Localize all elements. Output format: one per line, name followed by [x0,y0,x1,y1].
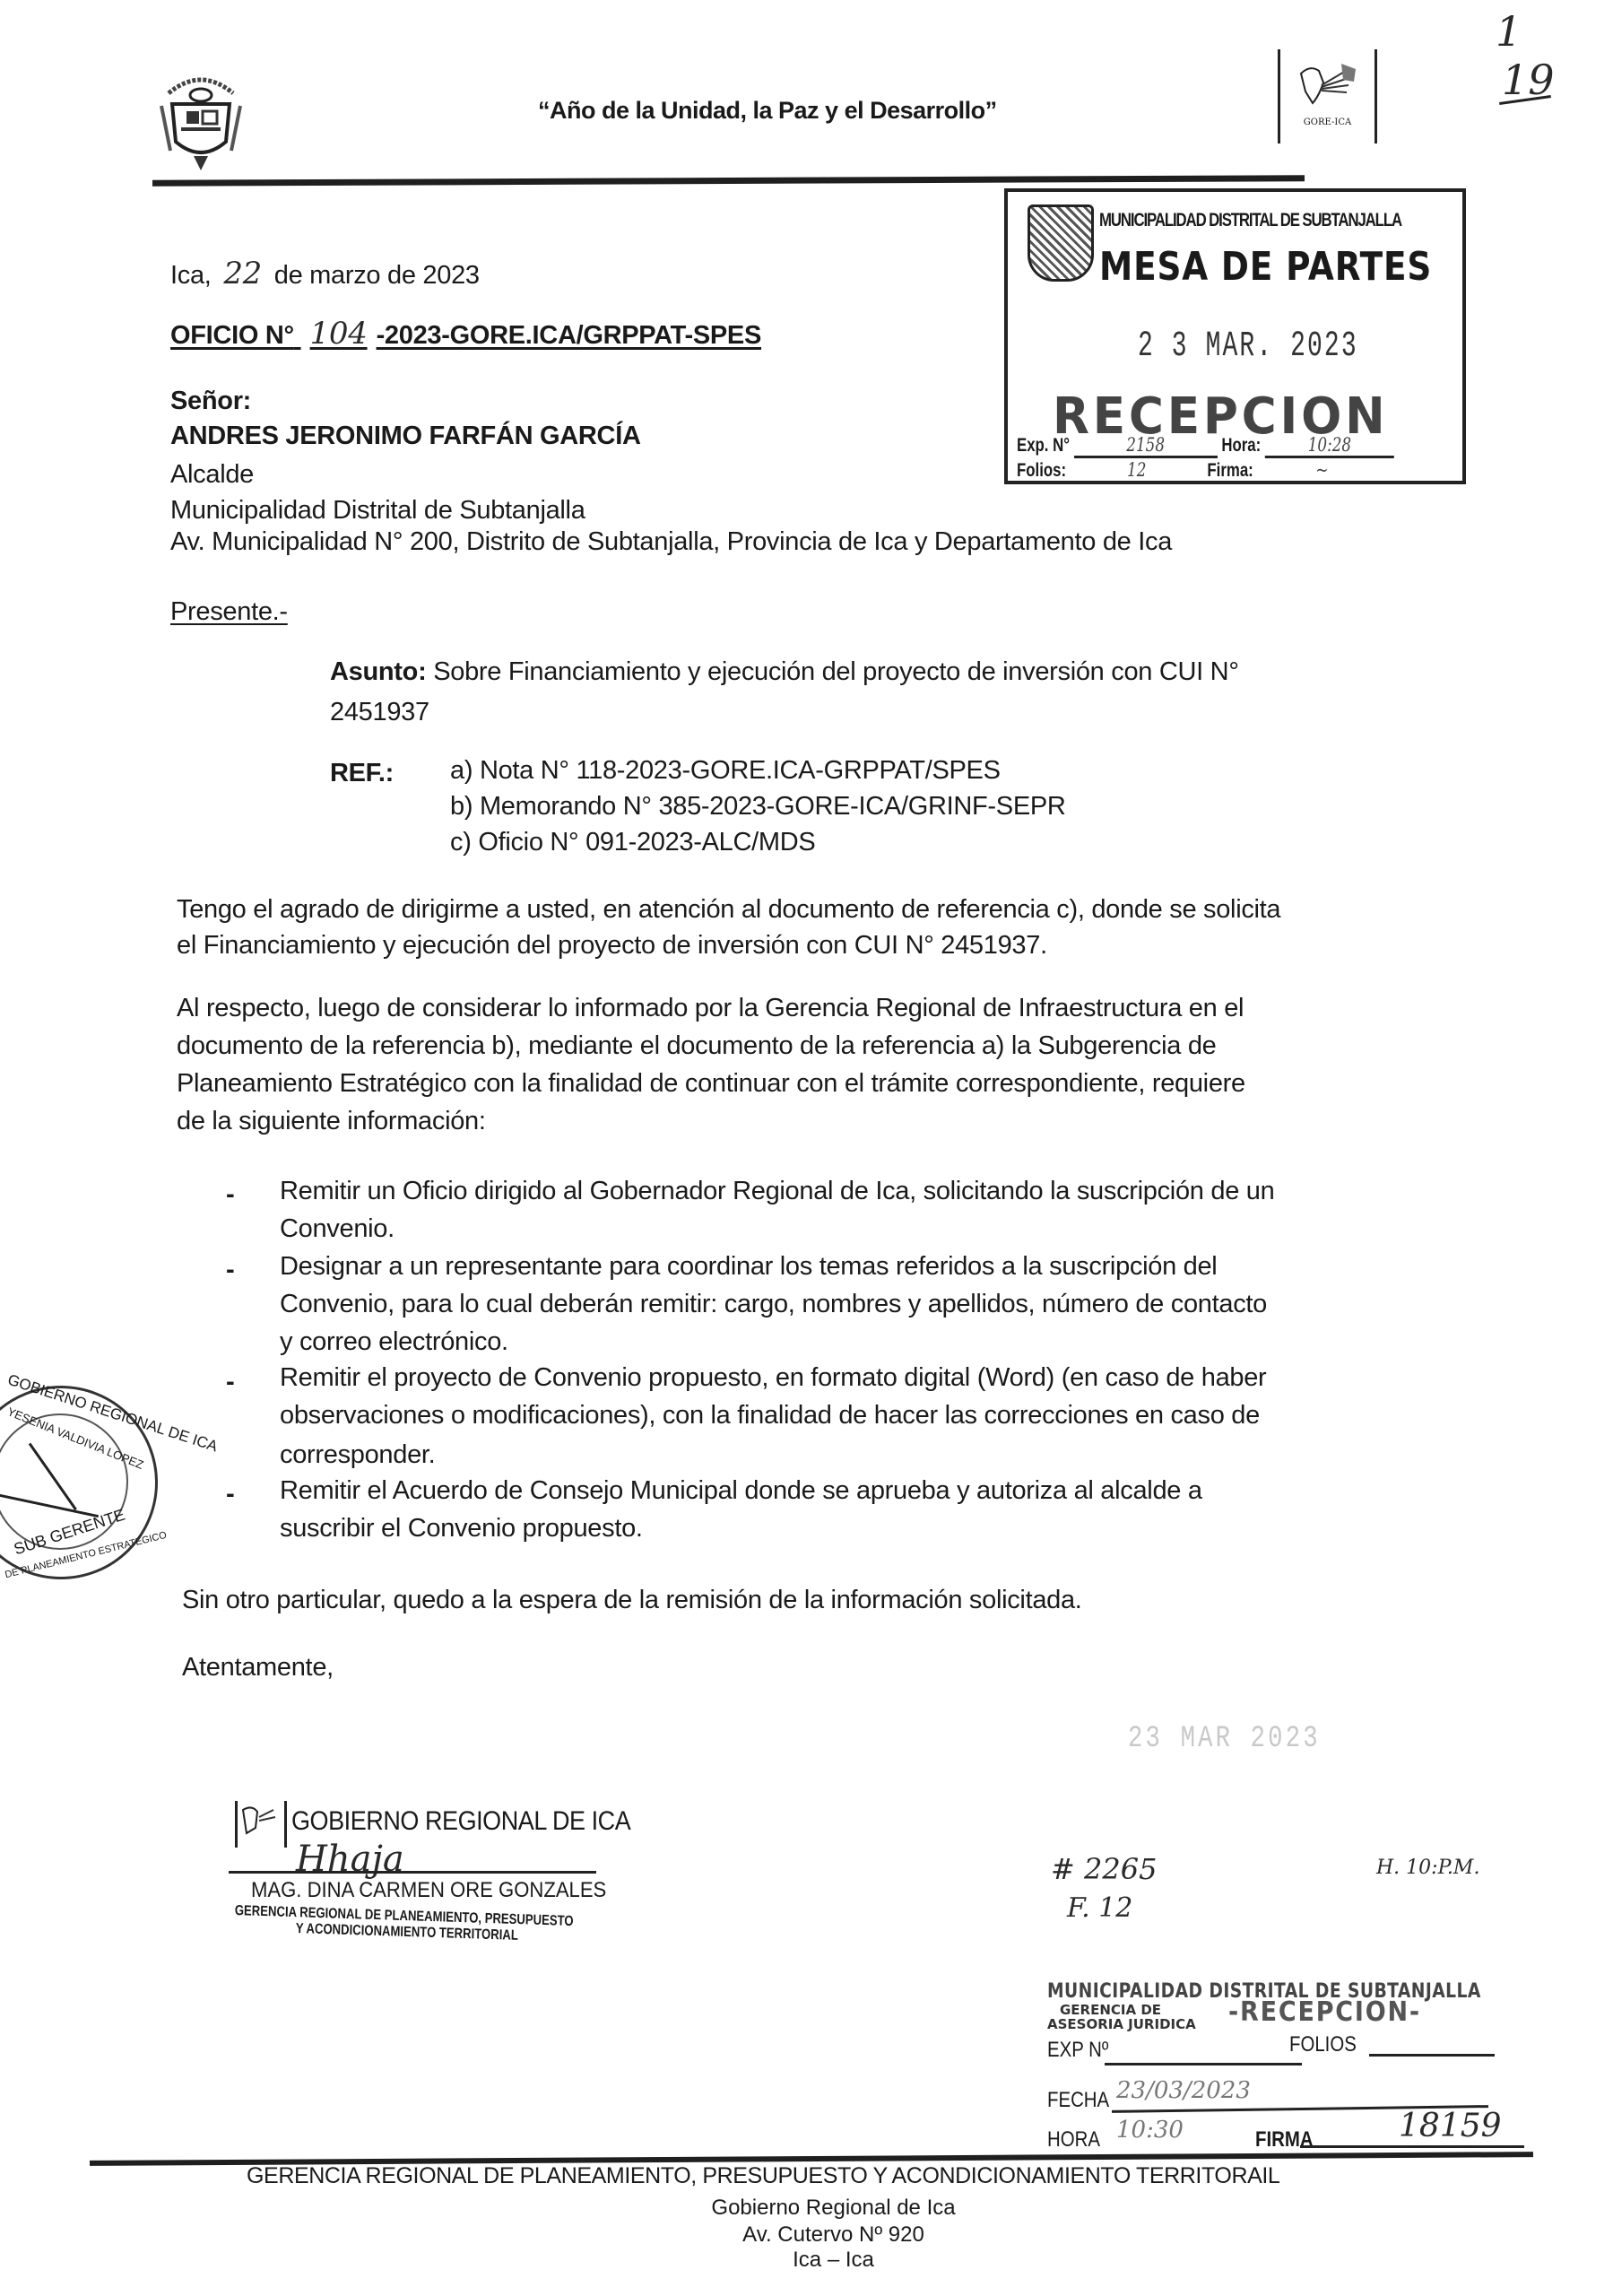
legal-stamp-firma-value: 18159 [1399,2108,1502,2144]
letter-place: Ica, [170,261,212,290]
recipient-title: Alcalde [170,462,254,488]
header-divider [152,175,1305,187]
legal-stamp-exp-line [1105,2063,1302,2066]
legal-stamp-hora-label: HORA [1047,2127,1100,2152]
stamp-date: 2 3 MAR. 2023 [1138,326,1358,367]
paragraph-1-line-1: Tengo el agrado de dirigirme a usted, en… [177,897,1280,923]
signoff: Atentamente, [182,1655,334,1681]
stamp-firma-label: Firma: [1207,460,1253,481]
legal-stamp-fecha-label: FECHA [1047,2088,1109,2113]
legal-stamp-firma-line [1300,2145,1524,2148]
paragraph-2-line-2: documento de la referencia b), mediante … [177,1033,1217,1059]
recipient-address: Av. Municipalidad N° 200, Distrito de Su… [170,529,1172,555]
signature-handwritten: Hhaja [296,1839,404,1880]
legal-stamp-dept-line-2: ASESORIA JURIDICA [1047,2016,1196,2032]
salutation: Señor: [170,388,251,414]
letter-date-rest: de marzo de 2023 [274,261,480,290]
ref-label: REF.: [330,761,394,787]
bullet-3-line-3: corresponder. [280,1442,435,1468]
bullet-4-line-2: suscribir el Convenio propuesto. [280,1516,643,1542]
asunto-line-2: 2451937 [330,700,429,726]
asunto-text: Sobre Financiamiento y ejecución del pro… [433,657,1238,686]
stamp-hora-value: 10:28 [1265,434,1394,458]
closing-sentence: Sin otro particular, quedo a la espera d… [182,1587,1082,1613]
legal-stamp-hora-value: 10:30 [1116,2117,1184,2144]
stamp-office: MESA DE PARTES [1099,244,1432,290]
legal-stamp-label: -RECEPCION- [1228,1996,1421,2028]
stamp-firma-value: ~ [1257,459,1386,483]
footer-department: GERENCIA REGIONAL DE PLANEAMIENTO, PRESU… [247,2163,1279,2189]
bullet-3-marker: - [226,1370,234,1396]
reference-c: c) Oficio N° 091-2023-ALC/MDS [450,830,815,856]
signature-org: GOBIERNO REGIONAL DE ICA [291,1806,630,1837]
footer-address: Av. Cutervo Nº 920 [0,2222,1613,2248]
bullet-4-line-1: Remitir el Acuerdo de Consejo Municipal … [280,1478,1202,1504]
year-motto: “Año de la Unidad, la Paz y el Desarroll… [538,97,997,125]
signatory-name: MAG. DINA CARMEN ORE GONZALES [251,1878,606,1903]
stamp-row-exp: Exp. N° 2158 Hora: 10:28 [1017,434,1394,458]
bullet-1-line-1: Remitir un Oficio dirigido al Gobernador… [280,1178,1274,1205]
map-icon [238,1801,279,1842]
asunto-line-1: Asunto: Sobre Financiamiento y ejecución… [330,659,1239,685]
footer-city: Ica – Ica [0,2248,1613,2273]
oficio-number-handwritten: 104 [310,316,368,352]
gore-ica-label: GORE-ICA [1280,117,1375,127]
page-number-handwritten-top: 1 [1496,7,1522,56]
stamp-folios-value: 12 [1071,459,1203,483]
legal-stamp-firma-label: FIRMA [1255,2127,1314,2152]
legal-stamp-exp-label: EXP Nº [1047,2038,1108,2063]
bullet-4-marker: - [226,1482,234,1508]
letter-date: Ica, 22 de marzo de 2023 [170,258,480,289]
paragraph-1-line-2: el Financiamiento y ejecución del proyec… [177,933,1047,959]
stamp-hora-label: Hora: [1221,435,1261,456]
mesa-de-partes-stamp: MUNICIPALIDAD DISTRITAL DE SUBTANJALLA M… [1004,188,1466,484]
faint-date-stamp: 23 MAR 2023 [1128,1722,1321,1756]
footer-org: Gobierno Regional de Ica [0,2196,1613,2221]
reference-a: a) Nota N° 118-2023-GORE.ICA-GRPPAT/SPES [450,758,1001,784]
sub-gerencia-seal: GOBIERNO REGIONAL DE ICA YESENIA VALDIVI… [0,1386,158,1579]
legal-stamp-folios-line [1369,2054,1495,2057]
handwritten-folios-note: F. 12 [1067,1892,1132,1924]
paragraph-2-line-1: Al respecto, luego de considerar lo info… [177,996,1244,1022]
stamp-row-folios: Folios: 12 Firma: ~ [1017,459,1386,483]
ica-region-map-icon [1296,60,1359,109]
bullet-3-line-2: observaciones o modificaciones), con la … [280,1403,1260,1429]
bullet-2-marker: - [226,1257,234,1283]
bullet-2-line-3: y correo electrónico. [280,1329,508,1355]
recipient-name: ANDRES JERONIMO FARFÁN GARCÍA [170,423,641,449]
recipient-org: Municipalidad Distrital de Subtanjalla [170,498,585,524]
paragraph-2-line-4: de la siguiente información: [177,1109,486,1135]
handwritten-hora-note: H. 10:P.M. [1376,1857,1479,1879]
bullet-1-marker: - [226,1182,234,1208]
subtanjalla-crest-icon [1028,204,1094,282]
presente: Presente.- [170,599,288,625]
oficio-reference: OFICIO N° 104-2023-GORE.ICA/GRPPAT-SPES [170,318,761,349]
bullet-3-line-1: Remitir el proyecto de Convenio propuest… [280,1365,1266,1391]
letter-day-handwritten: 22 [223,256,262,291]
gore-ica-logo: GORE-ICA [1278,49,1377,143]
stamp-folios-label: Folios: [1017,460,1066,481]
bullet-2-line-1: Designar a un representante para coordin… [280,1254,1217,1280]
oficio-suffix: -2023-GORE.ICA/GRPPAT-SPES [377,321,761,350]
peru-coat-of-arms-icon [160,70,242,170]
bullet-1-line-2: Convenio. [280,1216,395,1242]
handwritten-exp-note: # 2265 [1051,1852,1157,1886]
oficio-prefix: OFICIO N° [170,321,294,350]
stamp-exp-value: 2158 [1074,434,1218,458]
signature-line [229,1871,596,1874]
bullet-2-line-2: Convenio, para lo cual deberán remitir: … [280,1291,1267,1318]
reference-b: b) Memorando N° 385-2023-GORE-ICA/GRINF-… [450,794,1066,820]
paragraph-2-line-3: Planeamiento Estratégico con la finalida… [177,1071,1245,1097]
stamp-exp-label: Exp. N° [1017,435,1070,456]
stamp-municipality: MUNICIPALIDAD DISTRITAL DE SUBTANJALLA [1099,210,1401,231]
legal-stamp-folios-label: FOLIOS [1289,2032,1357,2057]
legal-stamp-fecha-value: 23/03/2023 [1116,2077,1251,2104]
asunto-label: Asunto: [330,657,426,686]
gore-ica-small-logo-icon [235,1801,287,1848]
